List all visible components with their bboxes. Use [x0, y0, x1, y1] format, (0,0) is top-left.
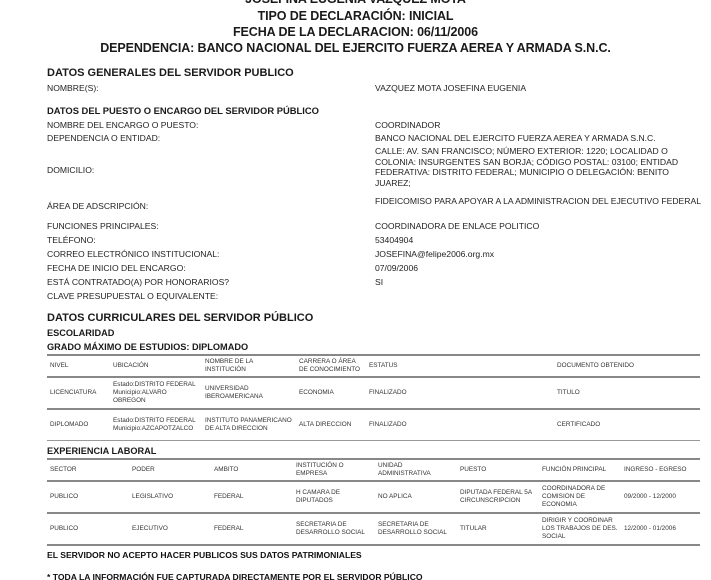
escolaridad-table: NIVEL UBICACIÓN NOMBRE DE LA INSTITUCIÓN… — [47, 354, 700, 441]
header-sector: SECTOR — [47, 459, 129, 481]
subsection-title-escolaridad: ESCOLARIDAD — [47, 328, 114, 338]
field-value-correo: JOSEFINA@felipe2006.org.mx — [375, 249, 705, 260]
cell-unidad: SECRETARIA DE DESARROLLO SOCIAL — [375, 513, 457, 545]
cell-carrera: ECONOMIA — [296, 377, 366, 409]
field-value-nombre: VAZQUEZ MOTA JOSEFINA EUGENIA — [375, 83, 705, 94]
header-empty — [460, 355, 554, 377]
experiencia-table: SECTOR PODER AMBITO INSTITUCIÓN O EMPRES… — [47, 458, 700, 546]
field-value-area: FIDEICOMISO PARA APOYAR A LA ADMINISTRAC… — [375, 196, 705, 207]
experiencia-header-row: SECTOR PODER AMBITO INSTITUCIÓN O EMPRES… — [47, 459, 700, 481]
patrimonio-note: EL SERVIDOR NO ACEPTO HACER PUBLICOS SUS… — [47, 550, 362, 560]
cell-empty — [460, 409, 554, 441]
header-funcion: FUNCIÓN PRINCIPAL — [539, 459, 621, 481]
cell-ambito: FEDERAL — [211, 481, 293, 513]
section-title-generales: DATOS GENERALES DEL SERVIDOR PUBLICO — [47, 67, 294, 79]
field-value-fecha-inicio: 07/09/2006 — [375, 263, 705, 274]
table-row: LICENCIATURA Estado:DISTRITO FEDERAL Mun… — [47, 377, 700, 409]
field-value-funciones: COORDINADORA DE ENLACE POLITICO — [375, 221, 705, 232]
cell-institucion: UNIVERSIDAD IBEROAMERICANA — [202, 377, 296, 409]
cell-institucion: INSTITUTO PANAMERICANO DE ALTA DIRECCION — [202, 409, 296, 441]
field-value-domicilio: CALLE: AV. SAN FRANCISCO; NÚMERO EXTERIO… — [375, 146, 705, 188]
field-label-nombre: NOMBRE(S): — [47, 83, 99, 93]
subsection-title-experiencia: EXPERIENCIA LABORAL — [47, 446, 156, 456]
cell-ubicacion: Estado:DISTRITO FEDERAL Municipio:AZCAPO… — [110, 409, 202, 441]
field-label-funciones: FUNCIONES PRINCIPALES: — [47, 221, 159, 231]
cell-unidad: NO APLICA — [375, 481, 457, 513]
field-label-honorarios: ESTÁ CONTRATADO(A) POR HONORARIOS? — [47, 277, 229, 287]
field-label-area: ÁREA DE ADSCRIPCIÓN: — [47, 201, 148, 211]
cell-puesto: DIPUTADA FEDERAL 5A CIRCUNSCRIPCION — [457, 481, 539, 513]
cell-sector: PUBLICO — [47, 513, 129, 545]
section-title-puesto: DATOS DEL PUESTO O ENCARGO DEL SERVIDOR … — [47, 105, 319, 116]
field-label-dependencia: DEPENDENCIA O ENTIDAD: — [47, 133, 160, 143]
field-value-puesto: COORDINADOR — [375, 120, 705, 131]
header-estatus: ESTATUS — [366, 355, 460, 377]
field-label-fecha-inicio: FECHA DE INICIO DEL ENCARGO: — [47, 263, 186, 273]
captura-note: * TODA LA INFORMACIÓN FUE CAPTURADA DIRE… — [47, 572, 423, 580]
cell-documento: CERTIFICADO — [554, 409, 700, 441]
cell-sector: PUBLICO — [47, 481, 129, 513]
header-institucion: INSTITUCIÓN O EMPRESA — [293, 459, 375, 481]
field-label-clave: CLAVE PRESUPUESTAL O EQUIVALENTE: — [47, 291, 218, 301]
cell-funcion: DIRIGIR Y COORDINAR LOS TRABAJOS DE DES.… — [539, 513, 621, 545]
cell-puesto: TITULAR — [457, 513, 539, 545]
field-label-correo: CORREO ELECTRÓNICO INSTITUCIONAL: — [47, 249, 219, 259]
field-label-domicilio: DOMICILIO: — [47, 165, 94, 175]
header-ambito: AMBITO — [211, 459, 293, 481]
header-nivel: NIVEL — [47, 355, 110, 377]
declaration-date: FECHA DE LA DECLARACION: 06/11/2006 — [0, 25, 711, 39]
cell-ubicacion: Estado:DISTRITO FEDERAL Municipio:ALVARO… — [110, 377, 202, 409]
header-ubicacion: UBICACIÓN — [110, 355, 202, 377]
header-periodo: INGRESO - EGRESO — [621, 459, 700, 481]
header-documento: DOCUMENTO OBTENIDO — [554, 355, 700, 377]
cell-estatus: FINALIZADO — [366, 409, 460, 441]
field-value-dependencia: BANCO NACIONAL DEL EJERCITO FUERZA AEREA… — [375, 133, 705, 144]
cell-poder: EJECUTIVO — [129, 513, 211, 545]
cell-empty — [460, 377, 554, 409]
cell-nivel: DIPLOMADO — [47, 409, 110, 441]
declaration-dependency: DEPENDENCIA: BANCO NACIONAL DEL EJERCITO… — [0, 41, 711, 55]
declarant-name: JOSEFINA EUGENIA VAZQUEZ MOTA — [0, 0, 711, 6]
header-puesto: PUESTO — [457, 459, 539, 481]
cell-estatus: FINALIZADO — [366, 377, 460, 409]
header-poder: PODER — [129, 459, 211, 481]
header-carrera: CARRERA O ÁREA DE CONOCIMIENTO — [296, 355, 366, 377]
cell-institucion: SECRETARIA DE DESARROLLO SOCIAL — [293, 513, 375, 545]
cell-funcion: COORDINADORA DE COMISION DE ECONOMIA — [539, 481, 621, 513]
cell-carrera: ALTA DIRECCION — [296, 409, 366, 441]
cell-periodo: 12/2000 - 01/2006 — [621, 513, 700, 545]
field-label-puesto: NOMBRE DEL ENCARGO O PUESTO: — [47, 120, 198, 130]
table-row: PUBLICO EJECUTIVO FEDERAL SECRETARIA DE … — [47, 513, 700, 545]
declaration-type: TIPO DE DECLARACIÓN: INICIAL — [0, 9, 711, 23]
escolaridad-header-row: NIVEL UBICACIÓN NOMBRE DE LA INSTITUCIÓN… — [47, 355, 700, 377]
section-title-curriculares: DATOS CURRICULARES DEL SERVIDOR PÚBLICO — [47, 312, 313, 324]
table-row: DIPLOMADO Estado:DISTRITO FEDERAL Munici… — [47, 409, 700, 441]
table-row: PUBLICO LEGISLATIVO FEDERAL H CAMARA DE … — [47, 481, 700, 513]
cell-poder: LEGISLATIVO — [129, 481, 211, 513]
field-value-telefono: 53404904 — [375, 235, 705, 246]
cell-nivel: LICENCIATURA — [47, 377, 110, 409]
subsection-title-grado: GRADO MÁXIMO DE ESTUDIOS: DIPLOMADO — [47, 342, 248, 352]
field-value-honorarios: SI — [375, 277, 705, 288]
header-unidad: UNIDAD ADMINISTRATIVA — [375, 459, 457, 481]
cell-documento: TITULO — [554, 377, 700, 409]
cell-periodo: 09/2000 - 12/2000 — [621, 481, 700, 513]
cell-institucion: H CAMARA DE DIPUTADOS — [293, 481, 375, 513]
cell-ambito: FEDERAL — [211, 513, 293, 545]
header-institucion: NOMBRE DE LA INSTITUCIÓN — [202, 355, 296, 377]
field-label-telefono: TELÉFONO: — [47, 235, 96, 245]
